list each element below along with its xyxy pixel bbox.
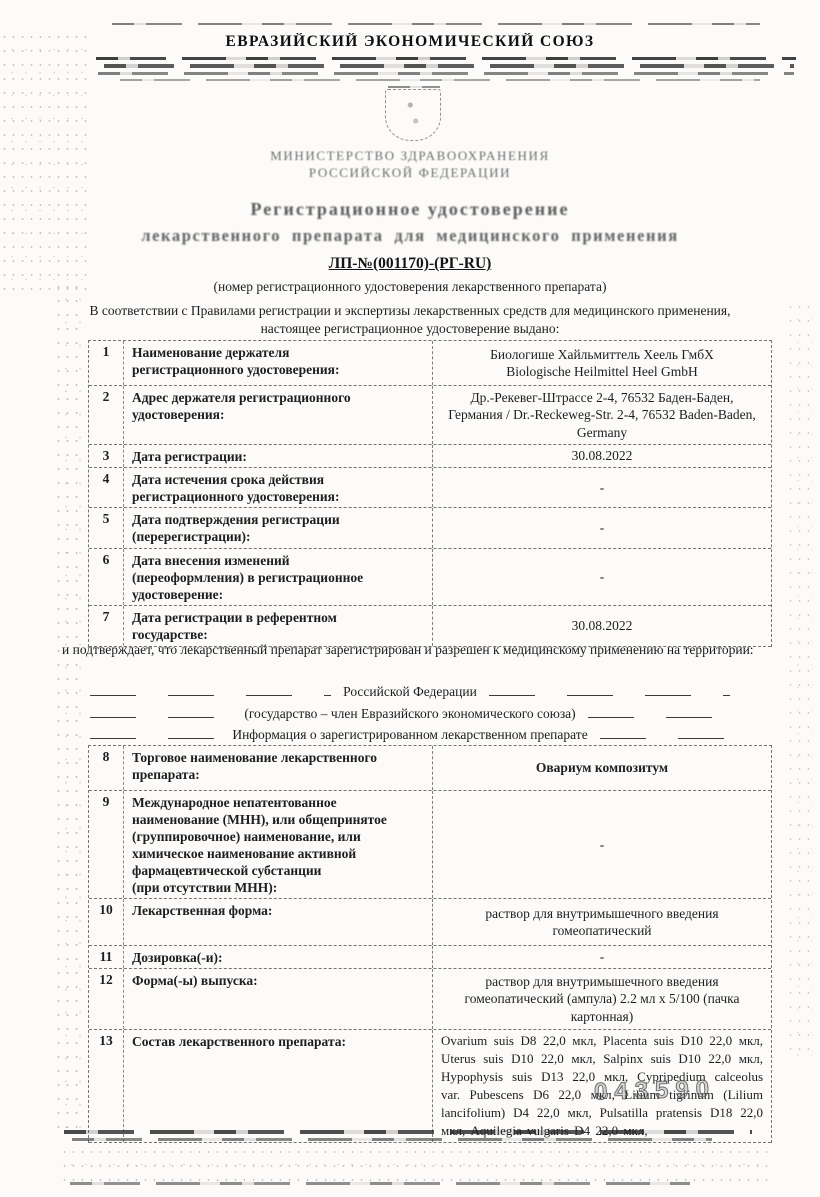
row-number: 2 xyxy=(89,386,124,444)
registration-number-caption: (номер регистрационного удостоверения ле… xyxy=(0,279,820,295)
union-header: ЕВРАЗИЙСКИЙ ЭКОНОМИЧЕСКИЙ СОЮЗ xyxy=(0,33,820,51)
row-value: - xyxy=(432,946,771,968)
scan-speckles xyxy=(60,1145,770,1181)
row-label: Дозировка(-и): xyxy=(124,946,432,968)
table-row: 11 Дозировка(-и): - xyxy=(89,946,771,969)
row-number: 13 xyxy=(89,1030,124,1142)
territory-line: Российской Федерации xyxy=(78,684,742,700)
scan-smudge xyxy=(120,79,760,81)
info-section-title: Информация о зарегистрированном лекарств… xyxy=(232,727,587,743)
territory-caption: (государство – член Евразийского экономи… xyxy=(244,706,575,722)
row-value: 30.08.2022 xyxy=(432,445,771,467)
row-number: 12 xyxy=(89,969,124,1029)
info-section-title-line: Информация о зарегистрированном лекарств… xyxy=(78,727,742,743)
row-label: Состав лекарственного препарата: xyxy=(124,1030,432,1142)
row-number: 3 xyxy=(89,445,124,467)
row-number: 6 xyxy=(89,549,124,605)
row-value: Биологише Хайльмиттель Хеель ГмбХ Biolog… xyxy=(432,341,771,385)
holder-info-table: 1 Наименование держателя регистрационног… xyxy=(88,340,772,647)
table-row: 8 Торговое наименование лекарственного п… xyxy=(89,746,771,791)
table-row: 12 Форма(-ы) выпуска: раствор для внутри… xyxy=(89,969,771,1030)
row-label: Дата истечения срока действия регистраци… xyxy=(124,468,432,507)
row-label: Наименование держателя регистрационного … xyxy=(124,341,432,385)
row-label: Дата подтверждения регистрации (перереги… xyxy=(124,508,432,548)
scan-smudge xyxy=(98,72,794,75)
row-number: 10 xyxy=(89,899,124,945)
row-value: раствор для внутримышечного введения гом… xyxy=(432,969,771,1029)
row-label: Адрес держателя регистрационного удостов… xyxy=(124,386,432,444)
document-title-line1: Регистрационное удостоверение xyxy=(0,199,820,220)
row-label: Дата внесения изменений (переоформления)… xyxy=(124,549,432,605)
table-row: 6 Дата внесения изменений (переоформлени… xyxy=(89,549,771,606)
row-label: Форма(-ы) выпуска: xyxy=(124,969,432,1029)
ruled-segment xyxy=(90,717,232,718)
row-label: Дата регистрации: xyxy=(124,445,432,467)
table-row: 3 Дата регистрации: 30.08.2022 xyxy=(89,445,771,468)
ruled-segment xyxy=(90,738,220,739)
table-row: 2 Адрес держателя регистрационного удост… xyxy=(89,386,771,445)
scan-speckles xyxy=(786,300,812,1060)
row-value: Др.-Рекевег-Штрассе 2-4, 76532 Баден-Бад… xyxy=(432,386,771,444)
row-number: 8 xyxy=(89,746,124,790)
territory-caption-line: (государство – член Евразийского экономи… xyxy=(78,706,742,722)
row-number: 7 xyxy=(89,606,124,646)
row-value: Овариум композитум xyxy=(432,746,771,790)
ruled-segment xyxy=(588,717,730,718)
scan-smudge xyxy=(70,1182,690,1185)
territory-name: Российской Федерации xyxy=(343,684,477,700)
scan-smudge xyxy=(388,86,440,88)
ruled-segment xyxy=(600,738,730,739)
table-row: 1 Наименование держателя регистрационног… xyxy=(89,341,771,386)
row-number: 5 xyxy=(89,508,124,548)
row-value: 30.08.2022 xyxy=(432,606,771,646)
row-number: 1 xyxy=(89,341,124,385)
row-number: 4 xyxy=(89,468,124,507)
row-value: - xyxy=(432,508,771,548)
ministry-name: МИНИСТЕРСТВО ЗДРАВООХРАНЕНИЯ РОССИЙСКОЙ … xyxy=(0,147,820,181)
row-label: Торговое наименование лекарственного пре… xyxy=(124,746,432,790)
table-row: 10 Лекарственная форма: раствор для внут… xyxy=(89,899,771,946)
row-value: раствор для внутримышечного введения гом… xyxy=(432,899,771,945)
scan-smudge xyxy=(96,57,796,60)
confirmation-paragraph: и подтверждает, что лекарственный препар… xyxy=(62,641,768,659)
row-number: 11 xyxy=(89,946,124,968)
document-title-line2: лекарственного препарата для медицинског… xyxy=(0,226,820,246)
scan-smudge xyxy=(112,23,760,25)
registration-number: ЛП-№(001170)-(РГ-RU) xyxy=(0,255,820,273)
table-row: 4 Дата истечения срока действия регистра… xyxy=(89,468,771,508)
row-value: - xyxy=(432,468,771,507)
ruled-segment xyxy=(489,695,730,696)
row-value: - xyxy=(432,549,771,605)
table-row: 5 Дата подтверждения регистрации (перере… xyxy=(89,508,771,549)
scan-smudge xyxy=(64,1130,752,1134)
scan-smudge xyxy=(72,1138,712,1141)
coat-of-arms-emblem xyxy=(385,89,441,141)
scan-smudge xyxy=(104,64,794,68)
row-label: Лекарственная форма: xyxy=(124,899,432,945)
ruled-segment xyxy=(90,695,331,696)
row-value: - xyxy=(432,791,771,898)
scanned-certificate-page: ЕВРАЗИЙСКИЙ ЭКОНОМИЧЕСКИЙ СОЮЗ МИНИСТЕРС… xyxy=(0,0,820,1197)
row-label: Дата регистрации в референтном государст… xyxy=(124,606,432,646)
row-label: Международное непатентованное наименован… xyxy=(124,791,432,898)
stamp-number: 043590 xyxy=(594,1075,717,1106)
intro-paragraph: В соответствии с Правилами регистрации и… xyxy=(78,302,742,338)
row-number: 9 xyxy=(89,791,124,898)
table-row: 9 Международное непатентованное наименов… xyxy=(89,791,771,899)
